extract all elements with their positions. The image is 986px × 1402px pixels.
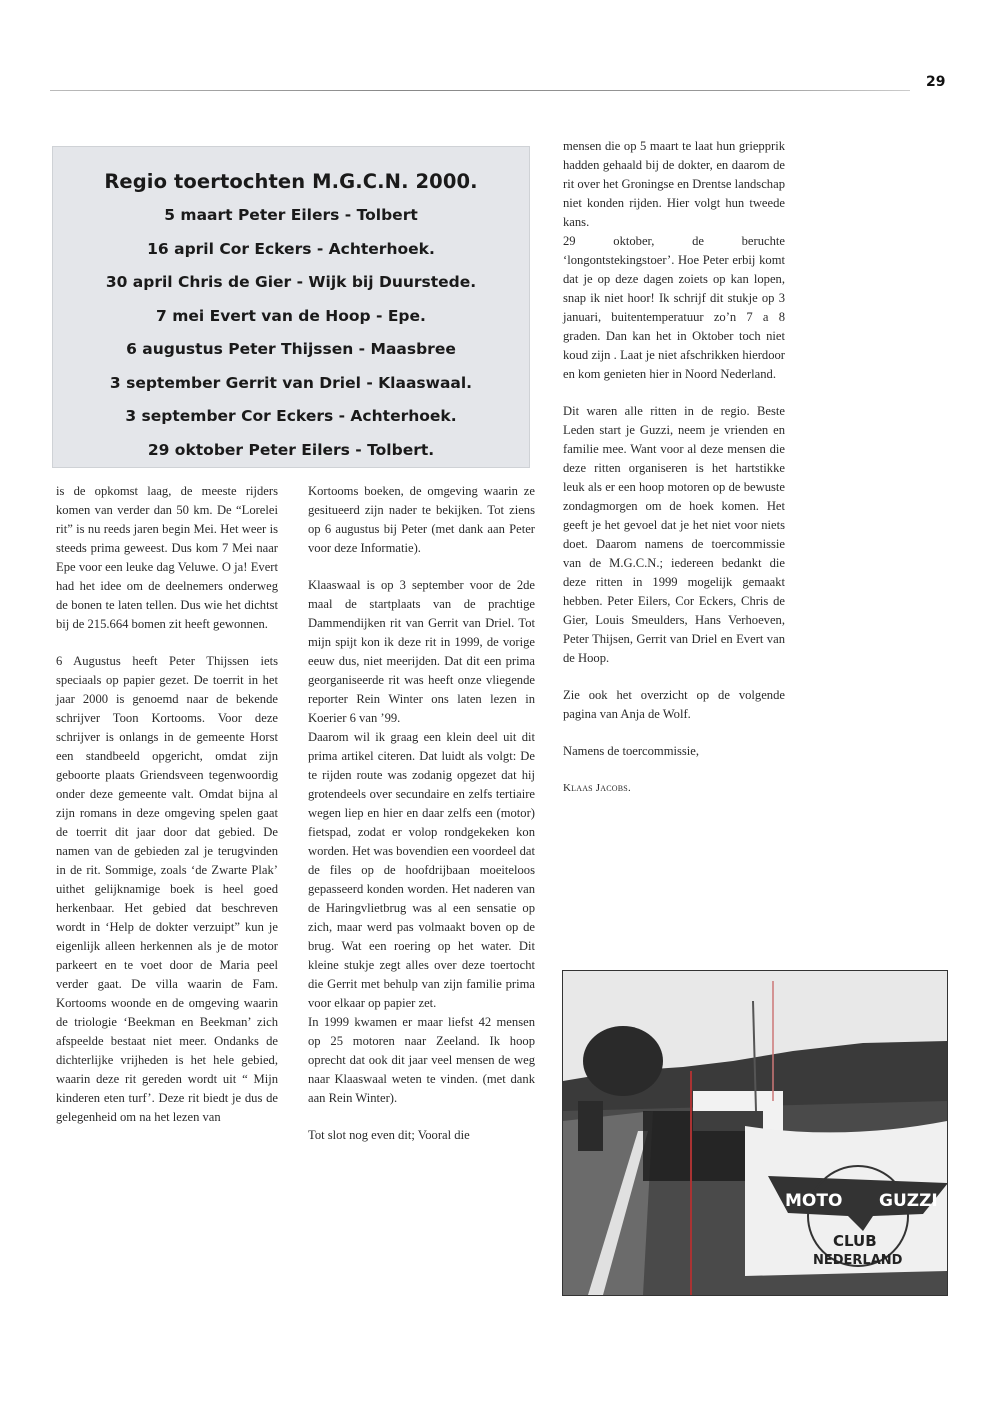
schedule-item: 3 september Gerrit van Driel - Klaaswaal… <box>53 367 529 401</box>
article-column-3: mensen die op 5 maart te laat hun griepp… <box>563 137 785 816</box>
header-rule <box>50 90 910 91</box>
svg-text:GUZZI: GUZZI <box>879 1191 938 1211</box>
schedule-item: 30 april Chris de Gier - Wijk bij Duurst… <box>53 266 529 300</box>
paragraph: mensen die op 5 maart te laat hun griepp… <box>563 137 785 232</box>
schedule-item: 6 augustus Peter Thijssen - Maasbree <box>53 333 529 367</box>
paragraph: Daarom wil ik graag een klein deel uit d… <box>308 728 535 1013</box>
closing-line: Namens de toercommissie, <box>563 742 785 761</box>
schedule-item: 3 september Cor Eckers - Achterhoek. <box>53 400 529 434</box>
photo-illustration: MOTO GUZZI CLUB NEDERLAND <box>563 971 947 1295</box>
paragraph: 29 oktober, de beruchte ‘longontstekings… <box>563 232 785 384</box>
svg-text:NEDERLAND: NEDERLAND <box>813 1253 903 1268</box>
ride-schedule-box: Regio toertochten M.G.C.N. 2000. 5 maart… <box>52 146 530 468</box>
author-signature: Klaas Jacobs. <box>563 779 785 798</box>
page-number: 29 <box>926 74 945 90</box>
svg-text:MOTO: MOTO <box>785 1191 842 1211</box>
schedule-item: 29 oktober Peter Eilers - Tolbert. <box>53 434 529 468</box>
schedule-item: 5 maart Peter Eilers - Tolbert <box>53 199 529 233</box>
paragraph: Tot slot nog even dit; Vooral die <box>308 1126 535 1145</box>
paragraph: is de opkomst laag, de meeste rijders ko… <box>56 482 278 634</box>
article-column-2: Kortooms boeken, de omgeving waarin ze g… <box>308 482 535 1163</box>
schedule-title: Regio toertochten M.G.C.N. 2000. <box>53 170 529 193</box>
schedule-item: 16 april Cor Eckers - Achterhoek. <box>53 233 529 267</box>
schedule-item: 7 mei Evert van de Hoop - Epe. <box>53 300 529 334</box>
svg-text:CLUB: CLUB <box>833 1232 877 1250</box>
paragraph: In 1999 kwamen er maar liefst 42 mensen … <box>308 1013 535 1108</box>
paragraph: Kortooms boeken, de omgeving waarin ze g… <box>308 482 535 558</box>
event-photo: MOTO GUZZI CLUB NEDERLAND <box>562 970 948 1296</box>
paragraph: Klaaswaal is op 3 september voor de 2de … <box>308 576 535 728</box>
paragraph: Dit waren alle ritten in de regio. Beste… <box>563 402 785 668</box>
paragraph: 6 Augustus heeft Peter Thijssen iets spe… <box>56 652 278 1127</box>
paragraph: Zie ook het overzicht op de volgende pag… <box>563 686 785 724</box>
article-column-1: is de opkomst laag, de meeste rijders ko… <box>56 482 278 1145</box>
